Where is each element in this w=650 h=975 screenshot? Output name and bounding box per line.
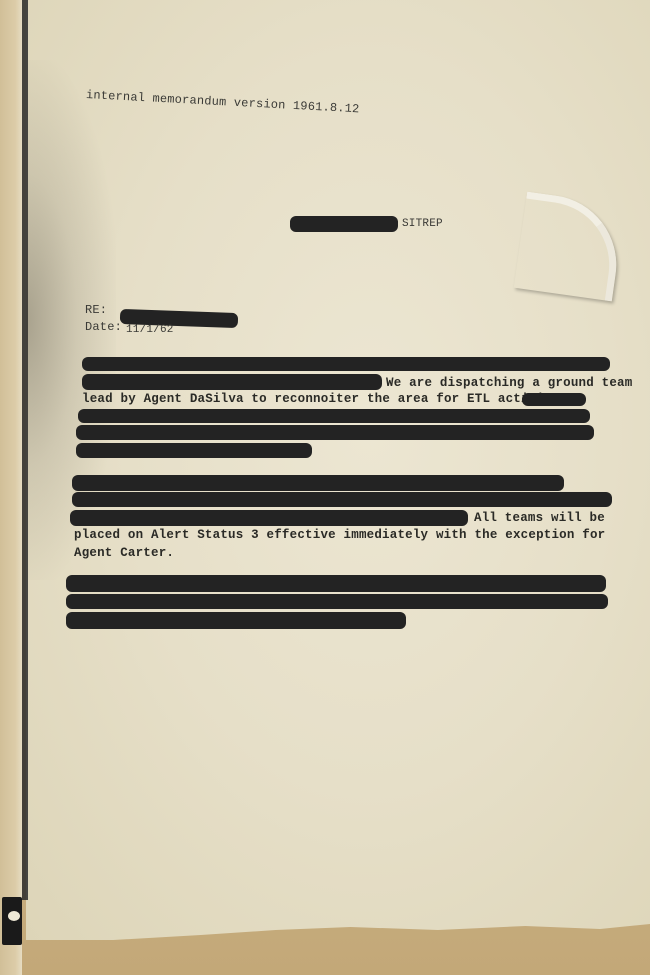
redaction-p1-line6 [76,443,312,458]
redaction-p1-line1 [82,357,610,371]
redaction-p1-line4 [78,409,590,423]
torn-corner-fragment [2,897,22,945]
date-label: Date: [85,320,122,334]
redaction-title [290,216,398,232]
redaction-p3-line1 [66,575,606,592]
p2-line4-text: placed on Alert Status 3 effective immed… [74,528,605,542]
memo-paper [26,0,650,940]
redaction-p1-line5 [76,425,594,440]
folder-edge [0,0,22,975]
redaction-p3-line2 [66,594,608,609]
binding-edge-shadow [22,0,28,900]
redaction-p1-line2 [82,374,382,390]
p1-line2-text: We are dispatching a ground team [386,376,632,390]
p2-line3-text: All teams will be [474,511,605,525]
p2-line5-text: Agent Carter. [74,546,174,560]
redaction-p2-line1 [72,475,564,491]
redaction-p2-line3 [70,510,468,526]
redaction-p3-line3 [66,612,406,629]
redaction-p1-line3-end [522,393,586,406]
re-label: RE: [85,303,107,317]
p1-line3-text: lead by Agent DaSilva to reconnoiter the… [82,392,567,406]
memo-title: SITREP [402,218,443,230]
redaction-p2-line2 [72,492,612,507]
date-value: 11/1/62 [126,324,174,336]
